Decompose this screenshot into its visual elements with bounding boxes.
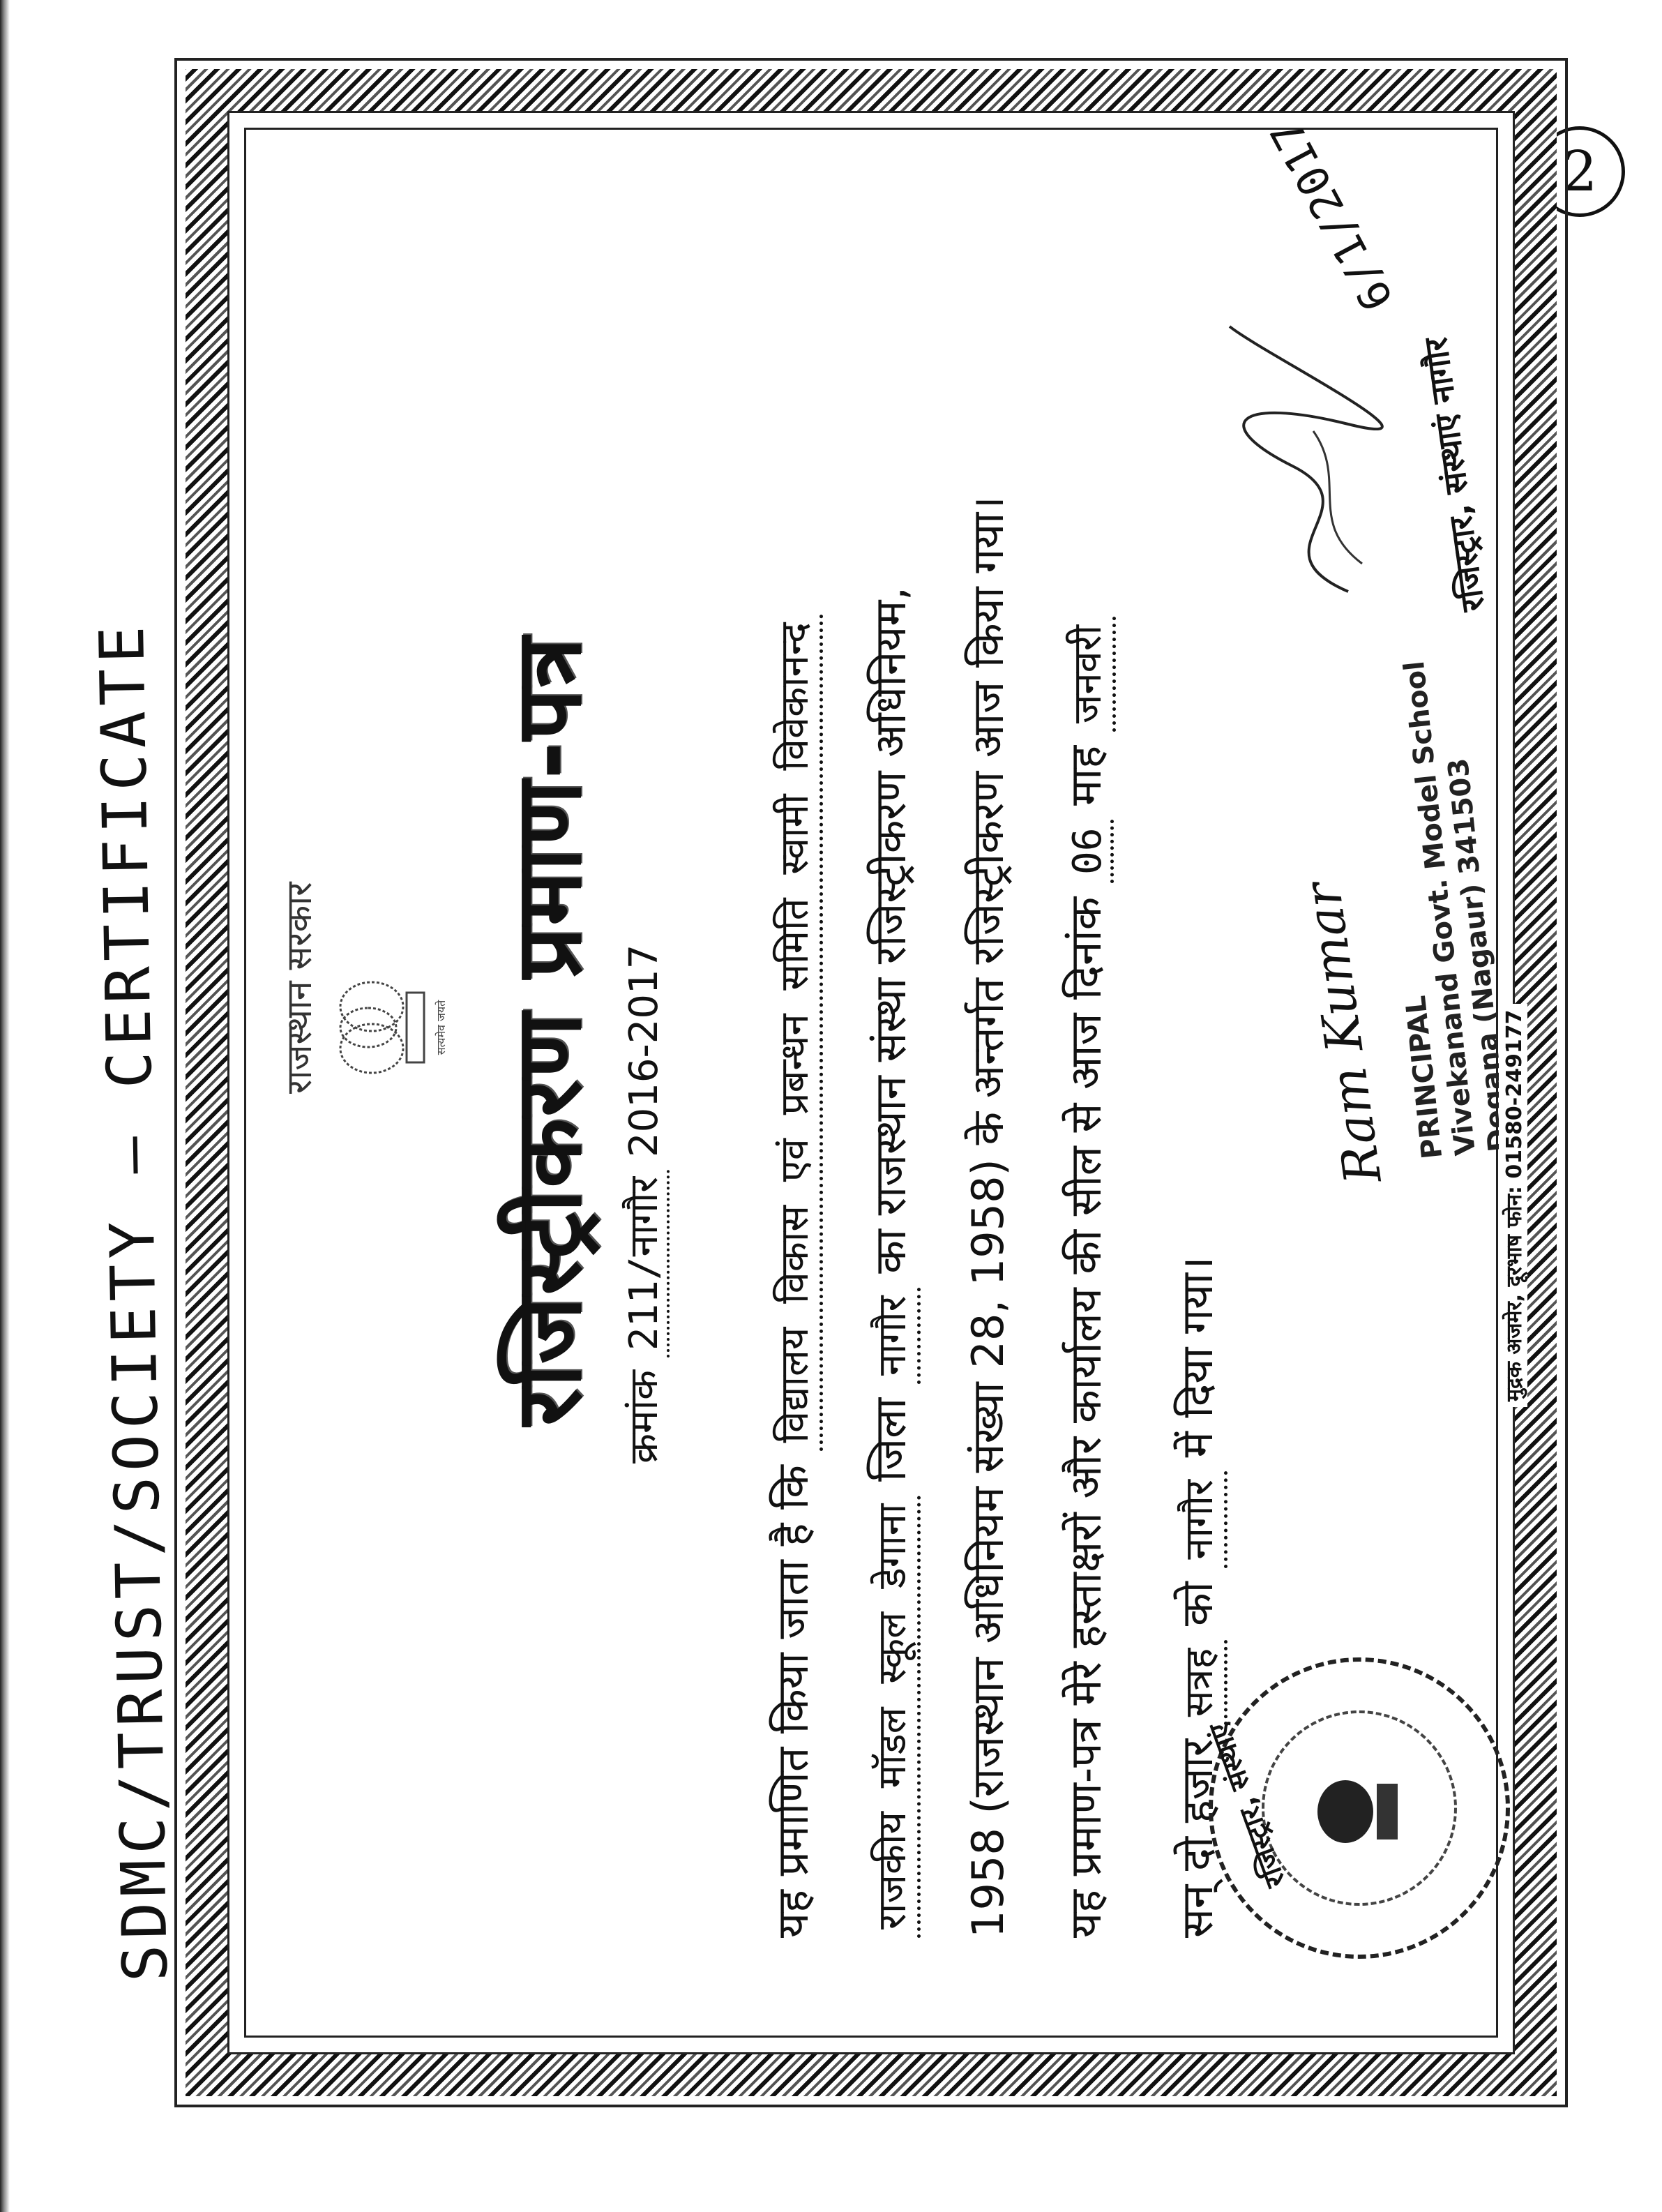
line5-mid: को [1172,1581,1223,1626]
line1-prefix: यह प्रमाणित किया जाता है कि [767,1465,818,1938]
district-field: नागौर [864,1288,921,1385]
seal-emblem-icon [1310,1773,1415,1850]
registrar-stamp: रजिस्ट्रार, संस्थाएं नागौर [1413,336,1494,615]
line5-suffix: में दिया गया। [1172,1256,1223,1457]
registrar-signature [1209,313,1390,605]
school-name-field: राजकीय मॉडल स्कूल डेगाना [864,1496,921,1938]
official-seal: रजिस्ट्रार, संस्थाएं [1209,1657,1510,1959]
handwritten-header: SDMC/TRUST/SOCIETY — CERTIFICATE [86,620,181,1982]
serial-label: क्रमांक [621,1370,667,1464]
body-line-4: यह प्रमाण-पत्र मेरे हस्ताक्षरों और कार्य… [1055,617,1116,1938]
signature-date: 6/1/2017 [1260,112,1403,319]
body-line-3: 1958 (राजस्थान अधिनियम संख्या 28, 1958) … [958,496,1016,1938]
principal-signature: Ram Kumar [1292,879,1393,1187]
line2-suffix: का राजस्थान संस्था रजिस्ट्रीकरण अधिनियम, [865,587,916,1274]
place-field: नागौर [1171,1471,1227,1568]
principal-stamp: PRINCIPAL Vivekanand Govt. Model School … [1364,656,1516,1160]
certificate-sheet: SDMC/TRUST/SOCIETY — CERTIFICATE 2 राजस्… [0,0,1662,2212]
month-field: जनवरी [1059,617,1116,732]
serial-number: 211/नागौर [621,1170,670,1357]
printer-details: मुद्रक अजमेर, दूरभाष फोन: 01580-249177 [1499,1005,1527,1408]
line4-prefix: यह प्रमाण-पत्र मेरे हस्ताक्षरों और कार्य… [1060,897,1111,1938]
district-label: जिला [865,1398,916,1482]
state-emblem-icon: सत्यमेव जयते [330,975,455,1080]
svg-text:सत्यमेव जयते: सत्यमेव जयते [435,1000,448,1055]
certificate-title: रजिस्ट्रीकरण प्रमाण-पत्र [483,473,607,1589]
day-field: 06 [1065,820,1114,883]
month-label: माह [1060,746,1111,806]
serial-number-line: क्रमांक 211/नागौर 2016-2017 [616,945,669,1464]
society-name-field: विद्यालय विकास एवं प्रबन्धन समिति स्वामी… [766,614,823,1451]
year-field: सत्रह [1171,1640,1227,1726]
serial-year: 2016-2017 [621,945,667,1157]
body-line-1: यह प्रमाणित किया जाता है कि विद्यालय विक… [762,614,823,1938]
certificate-body: राजस्थान सरकार सत्यमेव जयते रजिस्ट्रीकरण… [244,128,1498,2038]
issuer-label: राजस्थान सरकार [274,882,322,1094]
body-line-2: राजकीय मॉडल स्कूल डेगाना जिला नागौर का र… [860,587,921,1938]
certificate-frame: राजस्थान सरकार सत्यमेव जयते रजिस्ट्रीकरण… [174,58,1568,2107]
